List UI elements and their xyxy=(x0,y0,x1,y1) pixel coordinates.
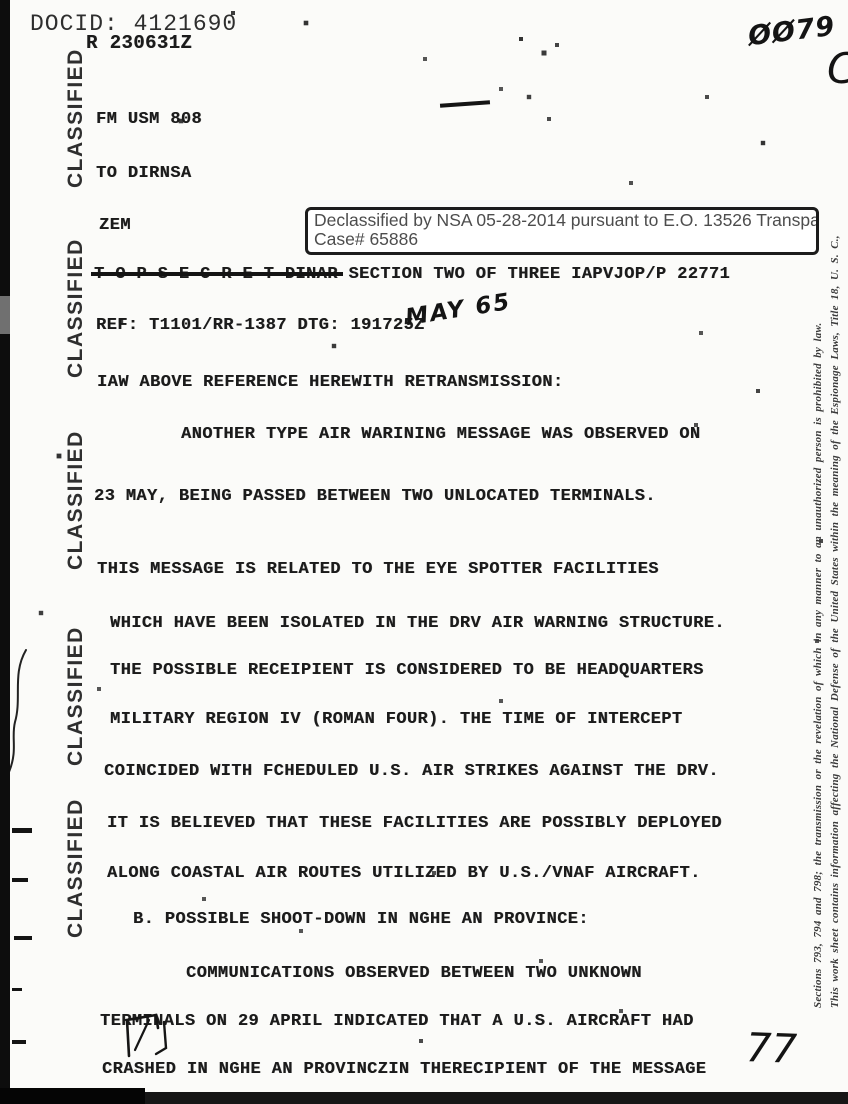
classification-line: T O P S E C R E T DINAR SECTION TWO OF T… xyxy=(94,265,730,285)
body-line: IT IS BELIEVED THAT THESE FACILITIES ARE… xyxy=(107,814,722,834)
body-line: THE POSSIBLE RECEIPIENT IS CONSIDERED TO… xyxy=(110,661,704,681)
declassification-stamp-line1: Declassified by NSA 05-28-2014 pursuant … xyxy=(314,211,810,230)
body-line: 23 MAY, BEING PASSED BETWEEN TWO UNLOCAT… xyxy=(94,487,656,507)
struck-top-secret-dinar: T O P S E C R E T DINAR xyxy=(94,265,338,285)
body-line: CRASHED IN NGHE AN PROVINCZIN THERECIPIE… xyxy=(102,1060,706,1080)
body-line: B. POSSIBLE SHOOT-DOWN IN NGHE AN PROVIN… xyxy=(133,910,589,930)
body-line: THIS MESSAGE IS RELATED TO THE EYE SPOTT… xyxy=(97,560,659,580)
body-line: ANOTHER TYPE AIR WARINING MESSAGE WAS OB… xyxy=(181,425,700,445)
film-edge-bottom-dark xyxy=(0,1088,145,1104)
scanned-document-page: CLASSIFIED CLASSIFIED CLASSIFIED CLASSIF… xyxy=(0,0,848,1104)
security-warning-line2: Sections 793, 794 and 798; the transmiss… xyxy=(812,148,824,1008)
film-edge-left xyxy=(0,0,10,1104)
body-line: COMMUNICATIONS OBSERVED BETWEEN TWO UNKN… xyxy=(186,964,642,984)
header-dtg-line: R 230631Z xyxy=(86,33,192,53)
film-edge-notch xyxy=(0,296,10,334)
margin-dash xyxy=(12,1040,26,1044)
classified-stamp: CLASSIFIED xyxy=(64,420,88,570)
reference-line: REF: T1101/RR-1387 DTG: 191725Z xyxy=(96,316,425,336)
section-text: SECTION TWO OF THREE IAPVJOP/P 22771 xyxy=(348,265,730,284)
declassification-stamp: Declassified by NSA 05-28-2014 pursuant … xyxy=(305,207,819,255)
margin-dash xyxy=(12,988,22,991)
handwritten-serial-number: ØØ79 xyxy=(746,11,837,52)
classified-stamp: CLASSIFIED xyxy=(64,616,88,766)
body-line: MILITARY REGION IV (ROMAN FOUR). THE TIM… xyxy=(110,710,683,730)
body-line: ALONG COASTAL AIR ROUTES UTILIZED BY U.S… xyxy=(107,864,701,884)
declassification-stamp-line2: Case# 65886 xyxy=(314,230,810,249)
body-line: WHICH HAVE BEEN ISOLATED IN THE DRV AIR … xyxy=(110,614,725,634)
classified-stamp: CLASSIFIED xyxy=(64,788,88,938)
body-line: TERMINALS ON 29 APRIL INDICATED THAT A U… xyxy=(100,1012,694,1032)
header-from-line: FM USM 808 xyxy=(96,110,202,130)
header-routing-line: ZEM xyxy=(99,216,131,236)
header-to-line: TO DIRNSA xyxy=(96,164,191,184)
margin-dash xyxy=(12,878,28,882)
security-warning-line1: This work sheet contains information aff… xyxy=(829,113,841,1008)
pen-dash-mark xyxy=(440,100,490,107)
handwritten-c-mark: C xyxy=(827,44,848,93)
classified-stamp: CLASSIFIED xyxy=(64,38,88,188)
handwritten-page-number: 77 xyxy=(745,1025,797,1073)
classified-stamp: CLASSIFIED xyxy=(64,228,88,378)
body-line: IAW ABOVE REFERENCE HEREWITH RETRANSMISS… xyxy=(97,373,563,393)
margin-dash xyxy=(14,936,32,940)
body-line: COINCIDED WITH FCHEDULED U.S. AIR STRIKE… xyxy=(104,762,719,782)
handwritten-bracket-mark xyxy=(122,1008,170,1060)
handwritten-date-note: MAY 65 xyxy=(404,289,513,331)
margin-dash xyxy=(12,828,32,833)
